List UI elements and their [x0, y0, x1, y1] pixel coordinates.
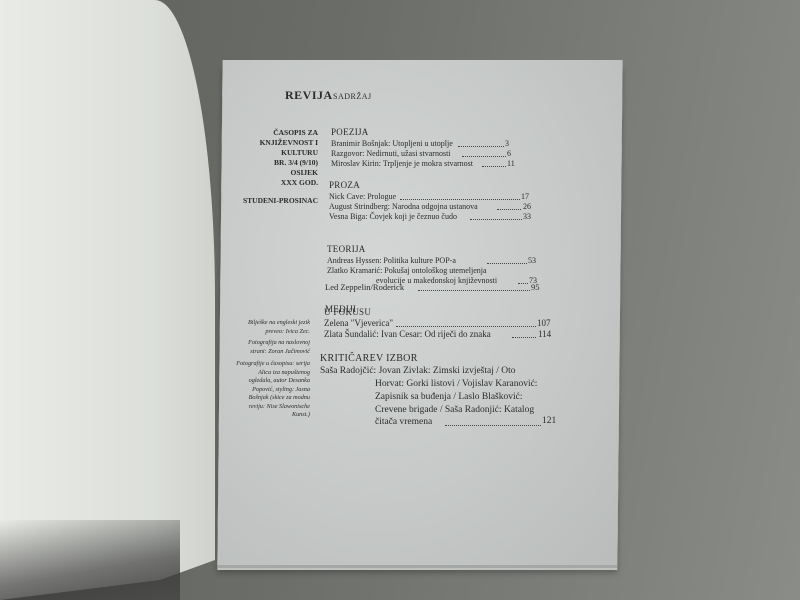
- masthead-line: KULTURU: [260, 148, 318, 158]
- dot-leader: [462, 156, 506, 157]
- page-number: 26: [523, 202, 531, 211]
- masthead-year: XXX GOD.: [281, 178, 318, 188]
- left-page: [0, 0, 215, 600]
- dot-leader: [512, 337, 536, 338]
- page-number: 6: [507, 149, 511, 158]
- section-title-proza: PROZA: [329, 180, 360, 190]
- credit-line: Popović, styling: Jasna: [236, 386, 310, 395]
- toc-entry: Zlata Šundalić: Ivan Cesar: Od riječi do…: [324, 329, 491, 339]
- page-number: 121: [542, 416, 556, 426]
- dot-leader: [518, 283, 528, 284]
- toc-entry: Saša Radojčić: Jovan Zivlak: Zimski izvj…: [320, 365, 516, 377]
- toc-entry-continuation: Zapisnik sa buđenja / Laslo Blašković:: [375, 391, 523, 403]
- masthead: ČASOPIS ZA KNJIŽEVNOST I KULTURU BR. 3/4…: [260, 128, 318, 178]
- credit-line: strani: Zoran Jačimović: [248, 348, 310, 357]
- page-number: 107: [537, 318, 551, 328]
- page-number: 17: [521, 192, 529, 201]
- toc-entry: Zlatko Kramarić: Pokušaj ontološkog utem…: [327, 266, 487, 276]
- page-number: 3: [505, 139, 509, 148]
- credit-line: Bilješke na engleski jezik: [248, 319, 310, 328]
- page-number: 53: [528, 256, 536, 265]
- toc-entry: Zelena "Vjeverica": [324, 318, 393, 328]
- section-title-kriticarev-izbor: KRITIČAREV IZBOR: [320, 353, 418, 364]
- dot-leader: [458, 146, 504, 147]
- dot-leader: [418, 290, 530, 291]
- credit-line: Fotografije u časopisu: serija: [236, 360, 310, 369]
- credit-line: preveo: Ivica Zec.: [248, 328, 310, 337]
- toc-entry: Miroslav Kirin: Trpljenje je mokra stvar…: [331, 159, 473, 169]
- dot-leader: [482, 166, 506, 167]
- page-number: 11: [507, 159, 515, 168]
- toc-entry: Razgovor: Nedirnuti, užasi stvarnosti: [331, 149, 451, 159]
- masthead-line: KNJIŽEVNOST I: [260, 138, 318, 148]
- page-number: 33: [523, 212, 531, 221]
- credit-line: ogledala, autor Desanka: [236, 377, 310, 386]
- toc-entry: Nick Cave: Prologue: [329, 192, 396, 202]
- dot-leader: [400, 199, 520, 200]
- dot-leader: [497, 209, 521, 210]
- credit-cover-photo: Fotografija na naslovnoj strani: Zoran J…: [248, 339, 310, 356]
- section-title-u-fokusu: U FOKUSU: [324, 307, 371, 317]
- masthead-line: BR. 3/4 (9/10): [260, 158, 318, 168]
- toc-entry: Vesna Biga: Čovjek koji je čeznuo čudo: [329, 212, 457, 222]
- credit-line: Alica iza napuštenog: [236, 369, 310, 378]
- toc-entry-continuation: Horvat: Gorki listovi / Vojislav Karanov…: [375, 378, 537, 390]
- masthead-line: OSIJEK: [260, 168, 318, 178]
- toc-entry-continuation: čitača vremena: [375, 416, 432, 428]
- dot-leader: [470, 219, 522, 220]
- toc-entry: Branimir Bošnjak: Utopljeni u utoplje: [331, 139, 453, 149]
- toc-entry: Led Zeppelin/Roderick: [325, 282, 404, 292]
- dot-leader: [445, 425, 541, 426]
- masthead-line: ČASOPIS ZA: [260, 128, 318, 138]
- magazine-title: REVIJA: [285, 88, 333, 103]
- credit-photos: Fotografije u časopisu: serija Alica iza…: [236, 360, 310, 420]
- credit-line: reviju: Nise Slawonische: [236, 403, 310, 412]
- dot-leader: [487, 263, 527, 264]
- page-shadow: [0, 520, 180, 600]
- page-number: 114: [538, 329, 551, 339]
- toc-entry: Andreas Hyssen: Politika kulture POP-a: [327, 256, 456, 266]
- credit-translation: Bilješke na engleski jezik preveo: Ivica…: [248, 319, 310, 336]
- page-number: 95: [531, 282, 540, 292]
- toc-entry-continuation: Crevene brigade / Saša Radonjić: Katalog: [375, 404, 534, 416]
- toc-entry: August Strindberg: Narodna odgojna ustan…: [329, 202, 478, 212]
- contents-heading: SADRŽAJ: [333, 92, 372, 101]
- masthead-period: STUDENI-PROSINAC: [243, 196, 318, 206]
- credit-line: Fotografija na naslovnoj: [248, 339, 310, 348]
- dot-leader: [396, 326, 536, 327]
- section-title-poezija: POEZIJA: [331, 127, 369, 137]
- credit-line: Kunst.): [236, 411, 310, 420]
- credit-line: Bošnjak (skice za modnu: [236, 394, 310, 403]
- section-title-teorija: TEORIJA: [327, 244, 366, 254]
